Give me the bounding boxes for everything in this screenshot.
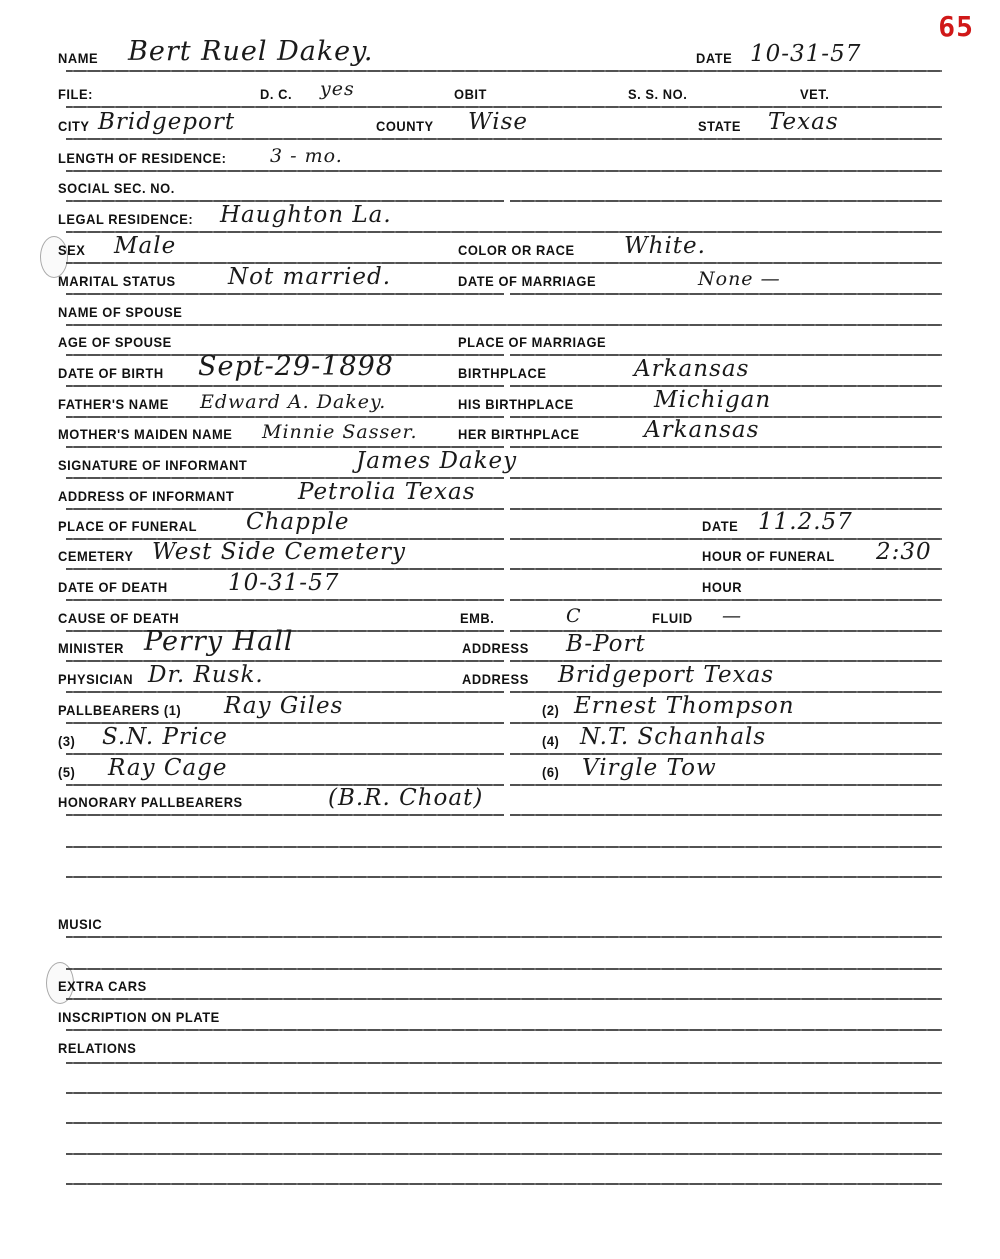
inscription-label: INSCRIPTION ON PLATE xyxy=(58,1009,220,1025)
row-spouse-name: NAME OF SPOUSE xyxy=(58,296,942,326)
cause-of-death-label: CAUSE OF DEATH xyxy=(58,610,179,626)
row-minister: MINISTER Perry Hall ADDRESS B-Port xyxy=(58,632,942,662)
minister-address-label: ADDRESS xyxy=(462,640,529,656)
fluid-label: FLUID xyxy=(652,610,693,626)
funeral-place-label: PLACE OF FUNERAL xyxy=(58,518,197,534)
birthplace-label: BIRTHPLACE xyxy=(458,365,547,381)
city-label: CITY xyxy=(58,118,90,134)
row-dob: DATE OF BIRTH Sept-29-1898 BIRTHPLACE Ar… xyxy=(58,357,942,387)
form-rule xyxy=(66,293,942,295)
row-cemetery: CEMETERY West Side Cemetery HOUR OF FUNE… xyxy=(58,540,942,570)
blank-line xyxy=(66,1183,942,1185)
extra-cars-label: EXTRA CARS xyxy=(58,978,147,994)
minister-address-value[interactable]: B-Port xyxy=(566,631,646,657)
row-music: MUSIC xyxy=(58,908,942,938)
residence-length-label: LENGTH OF RESIDENCE: xyxy=(58,150,226,166)
mother-name-label: MOTHER'S MAIDEN NAME xyxy=(58,426,232,442)
pallbearer-5-number: (5) xyxy=(58,764,75,780)
minister-value[interactable]: Perry Hall xyxy=(144,626,294,657)
minister-label: MINISTER xyxy=(58,640,124,656)
blank-line xyxy=(66,1122,942,1124)
vet-label: VET. xyxy=(800,86,829,102)
dc-value[interactable]: yes xyxy=(320,78,355,100)
social-sec-label: SOCIAL SEC. NO. xyxy=(58,180,175,196)
row-inscription: INSCRIPTION ON PLATE xyxy=(58,1001,942,1031)
row-physician: PHYSICIAN Dr. Rusk. ADDRESS Bridgeport T… xyxy=(58,663,942,693)
form-rule xyxy=(66,262,942,264)
form-rule xyxy=(66,138,942,140)
blank-line xyxy=(66,846,942,848)
pallbearer-6[interactable]: Virgle Tow xyxy=(582,755,717,781)
race-label: COLOR OR RACE xyxy=(458,242,575,258)
form-rule xyxy=(66,1029,942,1031)
honorary-pallbearers-label: HONORARY PALLBEARERS xyxy=(58,794,243,810)
marriage-place-label: PLACE OF MARRIAGE xyxy=(458,334,606,350)
row-funeral-place: PLACE OF FUNERAL Chapple DATE 11.2.57 xyxy=(58,510,942,540)
sex-label: SEX xyxy=(58,242,85,258)
row-spouse-age: AGE OF SPOUSE PLACE OF MARRIAGE xyxy=(58,326,942,356)
row-informant-signature: SIGNATURE OF INFORMANT James Dakey xyxy=(58,449,942,479)
dc-label: D. C. xyxy=(260,86,292,102)
form-rule xyxy=(66,231,942,233)
death-date-value[interactable]: 10-31-57 xyxy=(228,570,339,596)
row-informant-address: ADDRESS OF INFORMANT Petrolia Texas xyxy=(58,480,942,510)
pallbearer-5[interactable]: Ray Cage xyxy=(108,755,228,781)
blank-line xyxy=(66,1092,942,1094)
spouse-name-label: NAME OF SPOUSE xyxy=(58,304,182,320)
row-social-sec: SOCIAL SEC. NO. xyxy=(58,172,942,202)
funeral-date-value[interactable]: 11.2.57 xyxy=(758,509,853,535)
form-rule xyxy=(66,106,942,108)
death-hour-label: HOUR xyxy=(702,579,742,595)
state-value[interactable]: Texas xyxy=(768,109,839,135)
funeral-hour-value[interactable]: 2:30 xyxy=(876,539,932,565)
emb-value[interactable]: C xyxy=(566,605,582,627)
row-pallbearers-1-2: PALLBEARERS (1) Ray Giles (2) Ernest Tho… xyxy=(58,694,942,724)
city-value[interactable]: Bridgeport xyxy=(98,109,235,135)
form-rule xyxy=(66,998,942,1000)
row-mother: MOTHER'S MAIDEN NAME Minnie Sasser. HER … xyxy=(58,418,942,448)
cemetery-label: CEMETERY xyxy=(58,548,134,564)
pallbearer-6-number: (6) xyxy=(542,764,559,780)
pallbearer-1[interactable]: Ray Giles xyxy=(224,693,343,719)
pallbearer-3[interactable]: S.N. Price xyxy=(102,724,228,750)
her-birthplace-label: HER BIRTHPLACE xyxy=(458,426,580,442)
form-rule xyxy=(66,200,942,202)
row-name: NAME Bert Ruel Dakey. DATE 10-31-57 xyxy=(58,42,942,72)
blank-line xyxy=(66,876,942,878)
row-father: FATHER'S NAME Edward A. Dakey. HIS BIRTH… xyxy=(58,388,942,418)
informant-signature-value[interactable]: James Dakey xyxy=(356,448,517,474)
music-label: MUSIC xyxy=(58,916,102,932)
date-value[interactable]: 10-31-57 xyxy=(750,41,861,67)
form-rule xyxy=(66,691,942,693)
informant-signature-label: SIGNATURE OF INFORMANT xyxy=(58,457,247,473)
dob-label: DATE OF BIRTH xyxy=(58,365,164,381)
marriage-date-label: DATE OF MARRIAGE xyxy=(458,273,596,289)
row-legal-residence: LEGAL RESIDENCE: Haughton La. xyxy=(58,203,942,233)
form-rule xyxy=(66,936,942,938)
dob-value[interactable]: Sept-29-1898 xyxy=(198,351,394,382)
death-date-label: DATE OF DEATH xyxy=(58,579,168,595)
informant-address-label: ADDRESS OF INFORMANT xyxy=(58,488,234,504)
blank-line xyxy=(66,1153,942,1155)
funeral-place-value[interactable]: Chapple xyxy=(246,509,350,535)
sex-value[interactable]: Male xyxy=(114,233,176,259)
row-marital: MARITAL STATUS Not married. DATE OF MARR… xyxy=(58,265,942,295)
form-rule xyxy=(66,599,942,601)
pallbearer-2-number: (2) xyxy=(542,702,559,718)
row-residence-length: LENGTH OF RESIDENCE: 3 - mo. xyxy=(58,142,942,172)
race-value[interactable]: White. xyxy=(624,233,706,259)
funeral-date-label: DATE xyxy=(702,518,738,534)
form-rule xyxy=(66,477,942,479)
row-file: FILE: D. C. yes OBIT S. S. NO. VET. xyxy=(58,78,942,108)
legal-residence-label: LEGAL RESIDENCE: xyxy=(58,211,193,227)
form-rule xyxy=(66,385,942,387)
form-rule xyxy=(66,814,942,816)
residence-length-value[interactable]: 3 - mo. xyxy=(270,145,343,167)
blank-line xyxy=(66,1062,942,1064)
pallbearer-4[interactable]: N.T. Schanhals xyxy=(580,724,766,750)
physician-value[interactable]: Dr. Rusk. xyxy=(148,662,264,688)
physician-address-value[interactable]: Bridgeport Texas xyxy=(558,662,774,688)
row-pallbearers-3-4: (3) S.N. Price (4) N.T. Schanhals xyxy=(58,725,942,755)
honorary-pallbearers-value[interactable]: (B.R. Choat) xyxy=(328,785,483,811)
form-rule xyxy=(66,568,942,570)
birthplace-value[interactable]: Arkansas xyxy=(634,356,749,382)
relations-label: RELATIONS xyxy=(58,1040,136,1056)
form-rule xyxy=(66,70,942,72)
obit-label: OBIT xyxy=(454,86,487,102)
row-death-date: DATE OF DEATH 10-31-57 HOUR xyxy=(58,571,942,601)
county-label: COUNTY xyxy=(376,118,434,134)
cemetery-value[interactable]: West Side Cemetery xyxy=(152,539,406,565)
row-honorary-pallbearers: HONORARY PALLBEARERS (B.R. Choat) xyxy=(58,786,942,816)
row-extra-cars: EXTRA CARS xyxy=(58,970,942,1000)
physician-address-label: ADDRESS xyxy=(462,671,529,687)
row-city: CITY Bridgeport COUNTY Wise STATE Texas xyxy=(58,110,942,140)
emb-label: EMB. xyxy=(460,610,494,626)
marital-status-value[interactable]: Not married. xyxy=(228,264,391,290)
marriage-date-value[interactable]: None — xyxy=(698,268,781,290)
county-value[interactable]: Wise xyxy=(468,109,528,135)
his-birthplace-value[interactable]: Michigan xyxy=(654,387,771,413)
file-label: FILE: xyxy=(58,86,93,102)
ss-no-label: S. S. NO. xyxy=(628,86,687,102)
marital-status-label: MARITAL STATUS xyxy=(58,273,176,289)
name-value[interactable]: Bert Ruel Dakey. xyxy=(128,36,373,67)
fluid-value[interactable]: — xyxy=(722,605,742,627)
spouse-age-label: AGE OF SPOUSE xyxy=(58,334,172,350)
mother-name-value[interactable]: Minnie Sasser. xyxy=(262,421,418,443)
physician-label: PHYSICIAN xyxy=(58,671,133,687)
page-number: 65 xyxy=(938,10,974,43)
pallbearers-label: PALLBEARERS (1) xyxy=(58,702,181,718)
row-pallbearers-5-6: (5) Ray Cage (6) Virgle Tow xyxy=(58,756,942,786)
father-name-label: FATHER'S NAME xyxy=(58,396,169,412)
row-sex-race: SEX Male COLOR OR RACE White. xyxy=(58,234,942,264)
name-label: NAME xyxy=(58,50,98,66)
pallbearer-4-number: (4) xyxy=(542,733,559,749)
father-name-value[interactable]: Edward A. Dakey. xyxy=(200,391,386,413)
pallbearer-3-number: (3) xyxy=(58,733,75,749)
date-label: DATE xyxy=(696,50,732,66)
pallbearer-2[interactable]: Ernest Thompson xyxy=(574,693,795,719)
informant-address-value[interactable]: Petrolia Texas xyxy=(298,479,476,505)
his-birthplace-label: HIS BIRTHPLACE xyxy=(458,396,574,412)
her-birthplace-value[interactable]: Arkansas xyxy=(644,417,759,443)
funeral-hour-label: HOUR OF FUNERAL xyxy=(702,548,835,564)
legal-residence-value[interactable]: Haughton La. xyxy=(220,202,392,228)
row-relations: RELATIONS xyxy=(58,1032,942,1062)
state-label: STATE xyxy=(698,118,741,134)
